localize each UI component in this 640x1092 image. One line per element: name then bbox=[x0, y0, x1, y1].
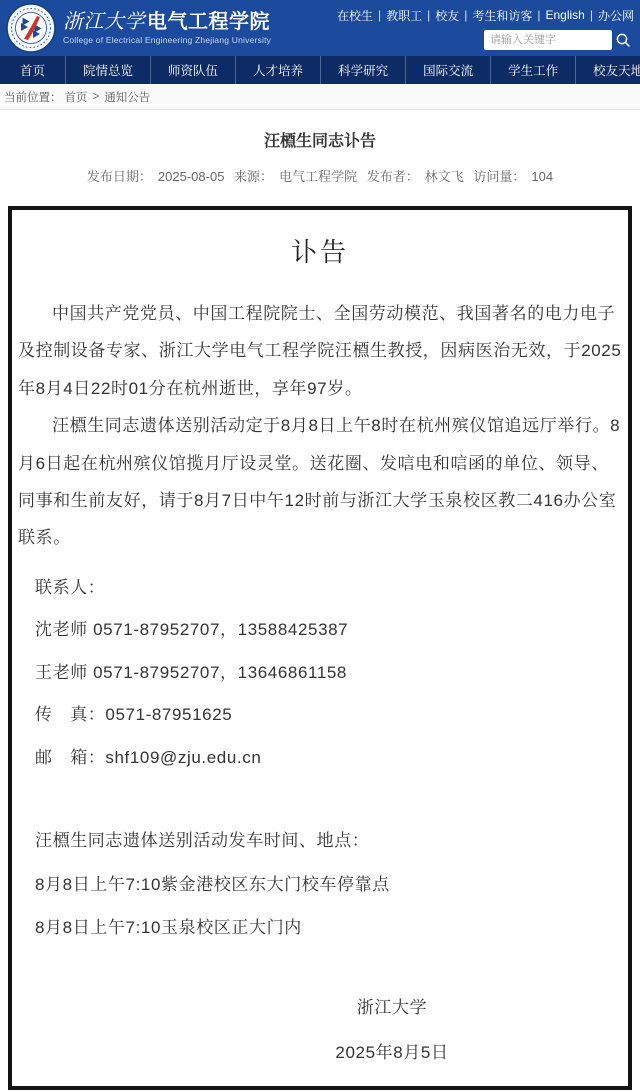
top-link-english[interactable]: English bbox=[546, 8, 585, 22]
breadcrumb-prefix: 当前位置： bbox=[4, 89, 62, 105]
publish-date-label: 发布日期： bbox=[87, 169, 152, 184]
contact-block: 联系人： 沈老师 0571-87952707，13588425387 王老师 0… bbox=[18, 567, 622, 780]
publish-date-value: 2025-08-05 bbox=[158, 169, 225, 184]
top-link-office-portal[interactable]: 办公网 bbox=[598, 7, 634, 24]
nav-item-student-affairs[interactable]: 学生工作 bbox=[491, 56, 576, 84]
notice-heading: 讣告 bbox=[18, 232, 622, 269]
top-link-faculty[interactable]: 教职工 bbox=[386, 7, 422, 24]
search-icon bbox=[615, 32, 631, 48]
breadcrumb-home-link[interactable]: 首页 bbox=[65, 89, 88, 105]
top-links-separator: | bbox=[590, 8, 593, 22]
obituary-notice-box: 讣告 中国共产党党员、中国工程院院士、全国劳动模范、我国著名的电力电子及控制设备… bbox=[8, 206, 632, 1090]
contact-line-wang: 王老师 0571-87952707，13646861158 bbox=[18, 652, 622, 695]
source-label: 来源： bbox=[234, 169, 273, 184]
breadcrumb-current-link[interactable]: 通知公告 bbox=[104, 89, 150, 105]
search-input[interactable] bbox=[484, 30, 612, 50]
university-seal-icon bbox=[6, 3, 56, 53]
top-links-separator: | bbox=[537, 8, 540, 22]
college-brand: 浙江大学电气工程学院 College of Electrical Enginee… bbox=[63, 11, 271, 45]
contact-line-email: 邮 箱：shf109@zju.edu.cn bbox=[18, 737, 622, 780]
source-value: 电气工程学院 bbox=[279, 169, 357, 184]
nav-item-research[interactable]: 科学研究 bbox=[321, 56, 406, 84]
search-button[interactable] bbox=[612, 30, 634, 50]
university-seal-logo[interactable] bbox=[6, 3, 56, 53]
top-links-separator: | bbox=[427, 8, 430, 22]
departure-heading: 汪槱生同志遗体送别活动发车时间、地点： bbox=[18, 819, 622, 862]
signature-date: 2025年8月5日 bbox=[90, 1030, 640, 1075]
header-right: 在校生 | 教职工 | 校友 | 考生和访客 | English | 办公网 bbox=[337, 7, 634, 50]
nav-item-overview[interactable]: 院情总览 bbox=[66, 56, 151, 84]
search-bar bbox=[484, 30, 634, 50]
contact-line-shen: 沈老师 0571-87952707，13588425387 bbox=[18, 609, 622, 652]
breadcrumb-separator: > bbox=[93, 91, 100, 103]
signature-org: 浙江大学 bbox=[90, 985, 640, 1030]
top-link-current-students[interactable]: 在校生 bbox=[337, 7, 373, 24]
nav-item-education[interactable]: 人才培养 bbox=[236, 56, 321, 84]
contact-line-fax: 传 真：0571-87951625 bbox=[18, 694, 622, 737]
publisher-label: 发布者： bbox=[367, 169, 419, 184]
article-meta: 发布日期：2025-08-05 来源：电气工程学院 发布者：林文飞 访问量：10… bbox=[0, 166, 640, 185]
views-value: 104 bbox=[531, 169, 553, 184]
college-name-cn: 浙江大学电气工程学院 bbox=[63, 11, 271, 33]
site-header: 浙江大学电气工程学院 College of Electrical Enginee… bbox=[0, 0, 640, 56]
departure-line-zijingang: 8月8日上午7:10紫金港校区东大门校车停靠点 bbox=[18, 863, 622, 906]
contact-heading: 联系人： bbox=[18, 567, 622, 610]
top-link-alumni[interactable]: 校友 bbox=[435, 7, 459, 24]
nav-item-international[interactable]: 国际交流 bbox=[406, 56, 491, 84]
departure-block: 汪槱生同志遗体送别活动发车时间、地点： 8月8日上午7:10紫金港校区东大门校车… bbox=[18, 819, 622, 949]
main-nav: 首页 院情总览 师资队伍 人才培养 科学研究 国际交流 学生工作 校友天地 科培… bbox=[0, 56, 640, 84]
top-links: 在校生 | 教职工 | 校友 | 考生和访客 | English | 办公网 bbox=[337, 7, 634, 24]
notice-paragraph: 中国共产党党员、中国工程院院士、全国劳动模范、我国著名的电力电子及控制设备专家、… bbox=[18, 295, 622, 407]
university-name-script: 浙江大学 bbox=[63, 11, 145, 33]
breadcrumb: 当前位置： 首页 > 通知公告 bbox=[0, 84, 640, 110]
college-name-en: College of Electrical Engineering Zhejia… bbox=[63, 36, 271, 45]
publisher-value: 林文飞 bbox=[425, 169, 464, 184]
top-link-applicants-visitors[interactable]: 考生和访客 bbox=[472, 7, 532, 24]
nav-item-alumni[interactable]: 校友天地 bbox=[576, 56, 640, 84]
views-label: 访问量： bbox=[473, 169, 525, 184]
departure-line-yuquan: 8月8日上午7:10玉泉校区正大门内 bbox=[18, 906, 622, 949]
page-title: 汪槱生同志讣告 bbox=[0, 128, 640, 151]
top-links-separator: | bbox=[378, 8, 381, 22]
college-name-text: 电气工程学院 bbox=[147, 11, 270, 33]
top-links-separator: | bbox=[464, 8, 467, 22]
nav-item-home[interactable]: 首页 bbox=[0, 56, 66, 84]
notice-paragraph: 汪槱生同志遗体送别活动定于8月8日上午8时在杭州殡仪馆追远厅举行。8月6日起在杭… bbox=[18, 407, 622, 557]
signature-block: 浙江大学 2025年8月5日 bbox=[90, 985, 640, 1075]
nav-item-faculty[interactable]: 师资队伍 bbox=[151, 56, 236, 84]
